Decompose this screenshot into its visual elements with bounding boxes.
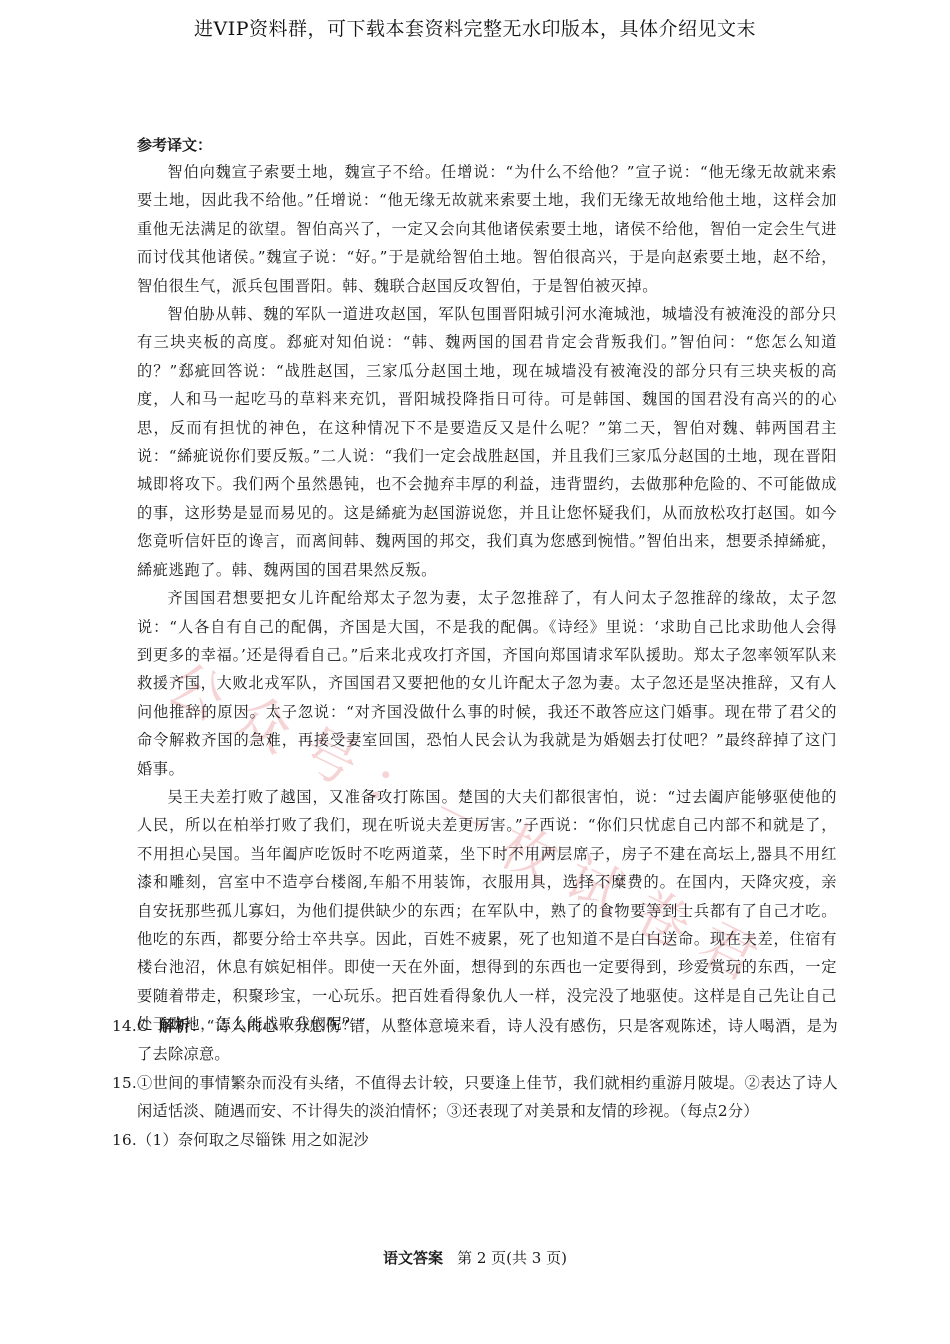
answer-number: 14. [112,1012,137,1069]
answer-choice: C [137,1017,149,1035]
answer-16: 16. （1）奈何取之尽锱铢 用之如泥沙 [112,1126,838,1154]
page-number: 第 2 页(共 3 页) [457,1249,567,1267]
translation-paragraph: 齐国国君想要把女儿许配给郑太子忽为妻，太子忽推辞了，有人问太子忽推辞的缘故，太子… [137,584,837,783]
answer-number: 16. [112,1126,137,1154]
translation-paragraph: 吴王夫差打败了越国，又准备攻打陈国。楚国的大夫们都很害怕，说：“过去阖庐能够驱使… [137,783,837,1039]
answer-text: ①世间的事情繁杂而没有头绪，不值得去计较，只要逢上佳节，我们就相约重游月陂堤。②… [137,1069,838,1126]
answer-14: 14. C解析：“诗人内心十分感伤”错，从整体意境来看，诗人没有感伤，只是客观陈… [112,1012,838,1069]
answers-section: 14. C解析：“诗人内心十分感伤”错，从整体意境来看，诗人没有感伤，只是客观陈… [112,1012,838,1154]
translation-paragraph: 智伯胁从韩、魏的军队一道进攻赵国，军队包围晋阳城引河水淹城池，城墙没有被淹没的部… [137,300,837,584]
footer-subject: 语文答案 [383,1249,443,1267]
answer-text: “诗人内心十分感伤”错，从整体意境来看，诗人没有感伤，只是客观陈述，诗人喝酒，是… [137,1017,838,1063]
answer-number: 15. [112,1069,137,1126]
translation-paragraph: 智伯向魏宣子索要土地，魏宣子不给。任增说：“为什么不给他？”宣子说：“他无缘无故… [137,158,837,300]
translation-section: 参考译文： 智伯向魏宣子索要土地，魏宣子不给。任增说：“为什么不给他？”宣子说：… [137,132,837,1039]
answer-body: C解析：“诗人内心十分感伤”错，从整体意境来看，诗人没有感伤，只是客观陈述，诗人… [137,1012,838,1069]
vip-banner: 进VIP资料群，可下载本套资料完整无水印版本，具体介绍见文末 [0,14,950,41]
answer-15: 15. ①世间的事情繁杂而没有头绪，不值得去计较，只要逢上佳节，我们就相约重游月… [112,1069,838,1126]
answer-text: （1）奈何取之尽锱铢 用之如泥沙 [137,1126,838,1154]
translation-heading: 参考译文： [137,132,837,158]
analysis-label: 解析： [159,1017,207,1035]
page-footer: 语文答案第 2 页(共 3 页) [0,1247,950,1268]
